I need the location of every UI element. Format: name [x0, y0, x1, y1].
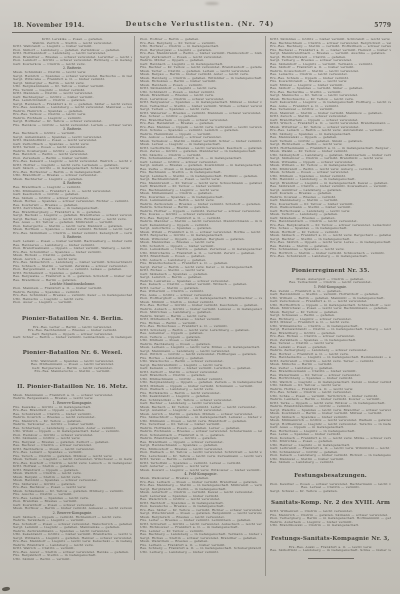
ink-corner-mark: [2, 586, 10, 591]
illegible-casualty-line: Uffz. Brandtkowski — Cüstrin — in Gefang…: [270, 524, 391, 528]
section-end-rule: [308, 558, 354, 559]
block-gap: [13, 340, 132, 346]
masthead-rule: [12, 32, 392, 33]
column-middle: Pion. Hoffzer — Berlin — gefallen.Ers.-R…: [140, 38, 262, 554]
block-gap: [13, 305, 132, 312]
unit-heading: Pionierregiment Nr. 35.: [271, 268, 390, 275]
unit-heading: Festungsbesatzungen.: [271, 473, 390, 480]
scan-smudge: [205, 2, 219, 5]
unit-heading: Pionier-Bataillon Nr. 6. Wesel.: [14, 350, 131, 357]
unit-heading: Festungs-Sanitäts-Kompagnie Nr. 3, Metz.: [271, 536, 390, 543]
block-gap: [270, 528, 391, 532]
masthead-title: Deutsche Verlustlisten. (Nr. 74): [0, 21, 400, 28]
illegible-casualty-line: Gefr. Schler — Berlin — bisher vermißt. …: [13, 336, 132, 340]
block-gap: [270, 259, 391, 264]
illegible-casualty-line: Ers.-Res. Schubrandt — Landsberg — in Ge…: [270, 255, 391, 259]
column-divider-right: [265, 36, 266, 576]
column-left: Krftf. Lerskike — Posen — gefallen.Wehrm…: [13, 38, 132, 561]
column-divider-left: [134, 36, 135, 560]
illegible-casualty-line: Res. Skihoffmül — Landsberg — in Gefange…: [270, 549, 391, 553]
illegible-casualty-line: Pion. Auzer — Liegnitz — vermißt.: [13, 301, 132, 305]
block-gap: [270, 465, 391, 469]
illegible-casualty-line: Uffz. Skimül — Berlin — vermißt.: [13, 558, 132, 562]
block-gap: [270, 493, 391, 496]
illegible-casualty-line: Res. Skilem — Landsberg — vermißt.: [270, 461, 391, 465]
illegible-casualty-line: Ers.-Res. Mannlerschu — Stettin — vermiß…: [13, 370, 132, 374]
unit-heading: II. Pionier-Bataillon Nr. 16. Metz.: [14, 384, 131, 391]
illegible-casualty-line: Uffz. Lerberg — Landsberg — bisher vermi…: [140, 551, 262, 555]
illegible-casualty-line: Sergt. Schwal — Kr. Teltow — gefallen.: [270, 490, 391, 494]
page-number: 5779: [374, 22, 391, 29]
unit-heading: Pionier-Bataillon Nr. 4. Berlin.: [14, 316, 131, 323]
unit-heading: Sanitäts-Komp. Nr. 2 des XVIII. Armeekor…: [271, 500, 390, 507]
column-right: Krftf. Skimülau — Görlitz — bisher vermi…: [270, 38, 391, 563]
block-gap: [13, 374, 132, 380]
newspaper-page: 18. November 1914. Deutsche Verlustliste…: [0, 0, 400, 594]
